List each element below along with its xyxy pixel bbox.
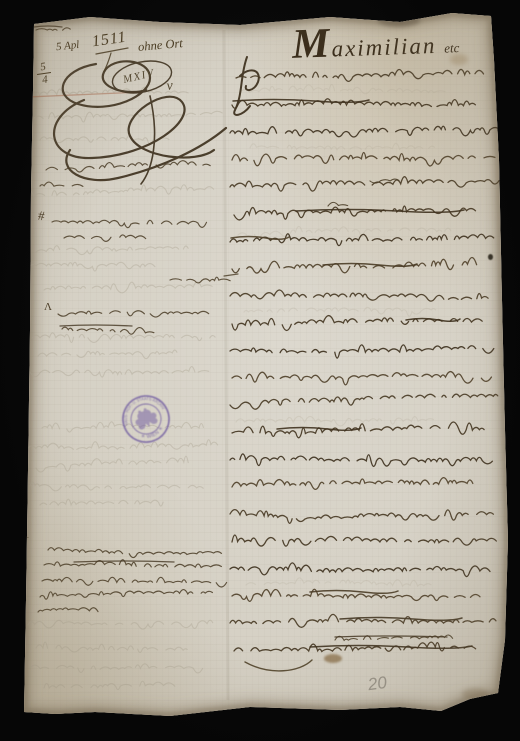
bleedthrough-line	[30, 262, 155, 271]
main-text-line-18	[232, 535, 496, 546]
bottom-note-1	[48, 548, 222, 558]
registratur-word	[170, 277, 230, 283]
pencil-foliation: 20	[367, 673, 389, 695]
main-text-line-13	[230, 394, 498, 409]
insertion-strikethrough	[335, 636, 447, 637]
commission-note-2	[64, 235, 146, 241]
bleedthrough-line	[36, 246, 193, 255]
bleedthrough-line	[30, 482, 203, 491]
main-text-line-12	[232, 372, 495, 385]
commission-note-1	[52, 220, 211, 227]
verso-bleedthrough	[28, 84, 451, 689]
collation-check-mark: v	[166, 78, 175, 94]
bleedthrough-line	[44, 282, 219, 293]
bleedthrough-line	[30, 367, 209, 378]
closing-flourish	[245, 660, 312, 671]
strikethrough	[310, 591, 398, 594]
interlinear-insertion	[328, 202, 348, 206]
strikethrough	[323, 264, 417, 267]
main-text-line-15	[230, 454, 492, 467]
main-text-line-4	[232, 153, 495, 166]
main-text-line-10	[232, 316, 489, 331]
caret-marker: Λ	[44, 301, 52, 313]
bottom-note-3	[42, 577, 235, 587]
caret-note-2-strikethrough	[60, 325, 132, 326]
bleedthrough-line	[30, 87, 188, 96]
bleedthrough-line	[40, 499, 163, 506]
main-text-line-14	[232, 422, 484, 438]
bleedthrough-line	[36, 456, 188, 472]
shelf-mark-fraction: 5 4	[34, 61, 53, 86]
bleedthrough-line	[236, 416, 442, 426]
main-text-line-21	[230, 614, 496, 627]
main-text-line-3	[230, 126, 501, 137]
bleedthrough-line	[30, 664, 203, 673]
handwriting-layer: MXIV v	[0, 0, 520, 741]
bottom-note-2-strikethrough	[74, 561, 174, 562]
heading-name: Maximilian	[292, 33, 437, 63]
main-text-line-16	[232, 478, 473, 490]
main-text-line-19	[230, 563, 498, 577]
bleedthrough-line	[250, 143, 434, 149]
note-other-hand-2	[40, 182, 87, 186]
body-text-ink	[34, 26, 501, 652]
bottom-note-4	[40, 590, 219, 600]
bleedthrough-line	[244, 307, 436, 316]
bleedthrough-line	[44, 681, 175, 689]
main-text-line-6	[234, 206, 484, 220]
heading-suffix: etc	[444, 40, 460, 56]
archive-stamp: HAUS- HOF- U. STAATS-ARCHIV ✳ WIEN ✳	[116, 389, 177, 450]
paper-edge-line	[24, 13, 508, 716]
bleedthrough-line	[28, 440, 218, 450]
bleedthrough-line	[238, 226, 451, 238]
folio-numeral: MXIV	[121, 67, 156, 86]
photo-background: MXIV v	[0, 0, 520, 741]
main-text-line-5	[230, 177, 499, 191]
main-text-line-9	[230, 290, 488, 301]
paper-edge-shading	[24, 13, 508, 716]
main-text-line-11	[230, 345, 494, 358]
archival-date-note: 5 Apl	[55, 39, 79, 53]
bleedthrough-line	[240, 84, 445, 93]
strikethrough	[310, 646, 472, 649]
manuscript-page: MXIV v	[0, 0, 520, 741]
bottom-note-5	[38, 608, 98, 612]
letter-heading: Maximilian etc	[291, 15, 460, 69]
bleedthrough-line	[36, 642, 187, 652]
caret-note-1	[58, 311, 209, 317]
bleedthrough-line	[28, 620, 213, 629]
main-text-line-1	[236, 69, 484, 81]
main-text-line-7	[230, 234, 494, 246]
shelf-mark-denominator: 4	[41, 74, 48, 87]
bleedthrough-line	[28, 185, 217, 196]
bleedthrough-line	[38, 350, 181, 359]
main-text-line-8	[232, 257, 477, 273]
bleedthrough-line	[246, 578, 431, 586]
bleedthrough-line	[32, 333, 215, 343]
shelf-mark-numerator: 5	[40, 61, 47, 74]
stamp-eagle-emblem	[132, 405, 160, 432]
main-text-line-17	[230, 510, 493, 524]
caret-note-2	[62, 327, 160, 334]
plus-marker: +	[24, 533, 29, 543]
main-text-line-22	[234, 642, 476, 651]
calligraphic-flourish: MXIV v	[54, 56, 226, 184]
